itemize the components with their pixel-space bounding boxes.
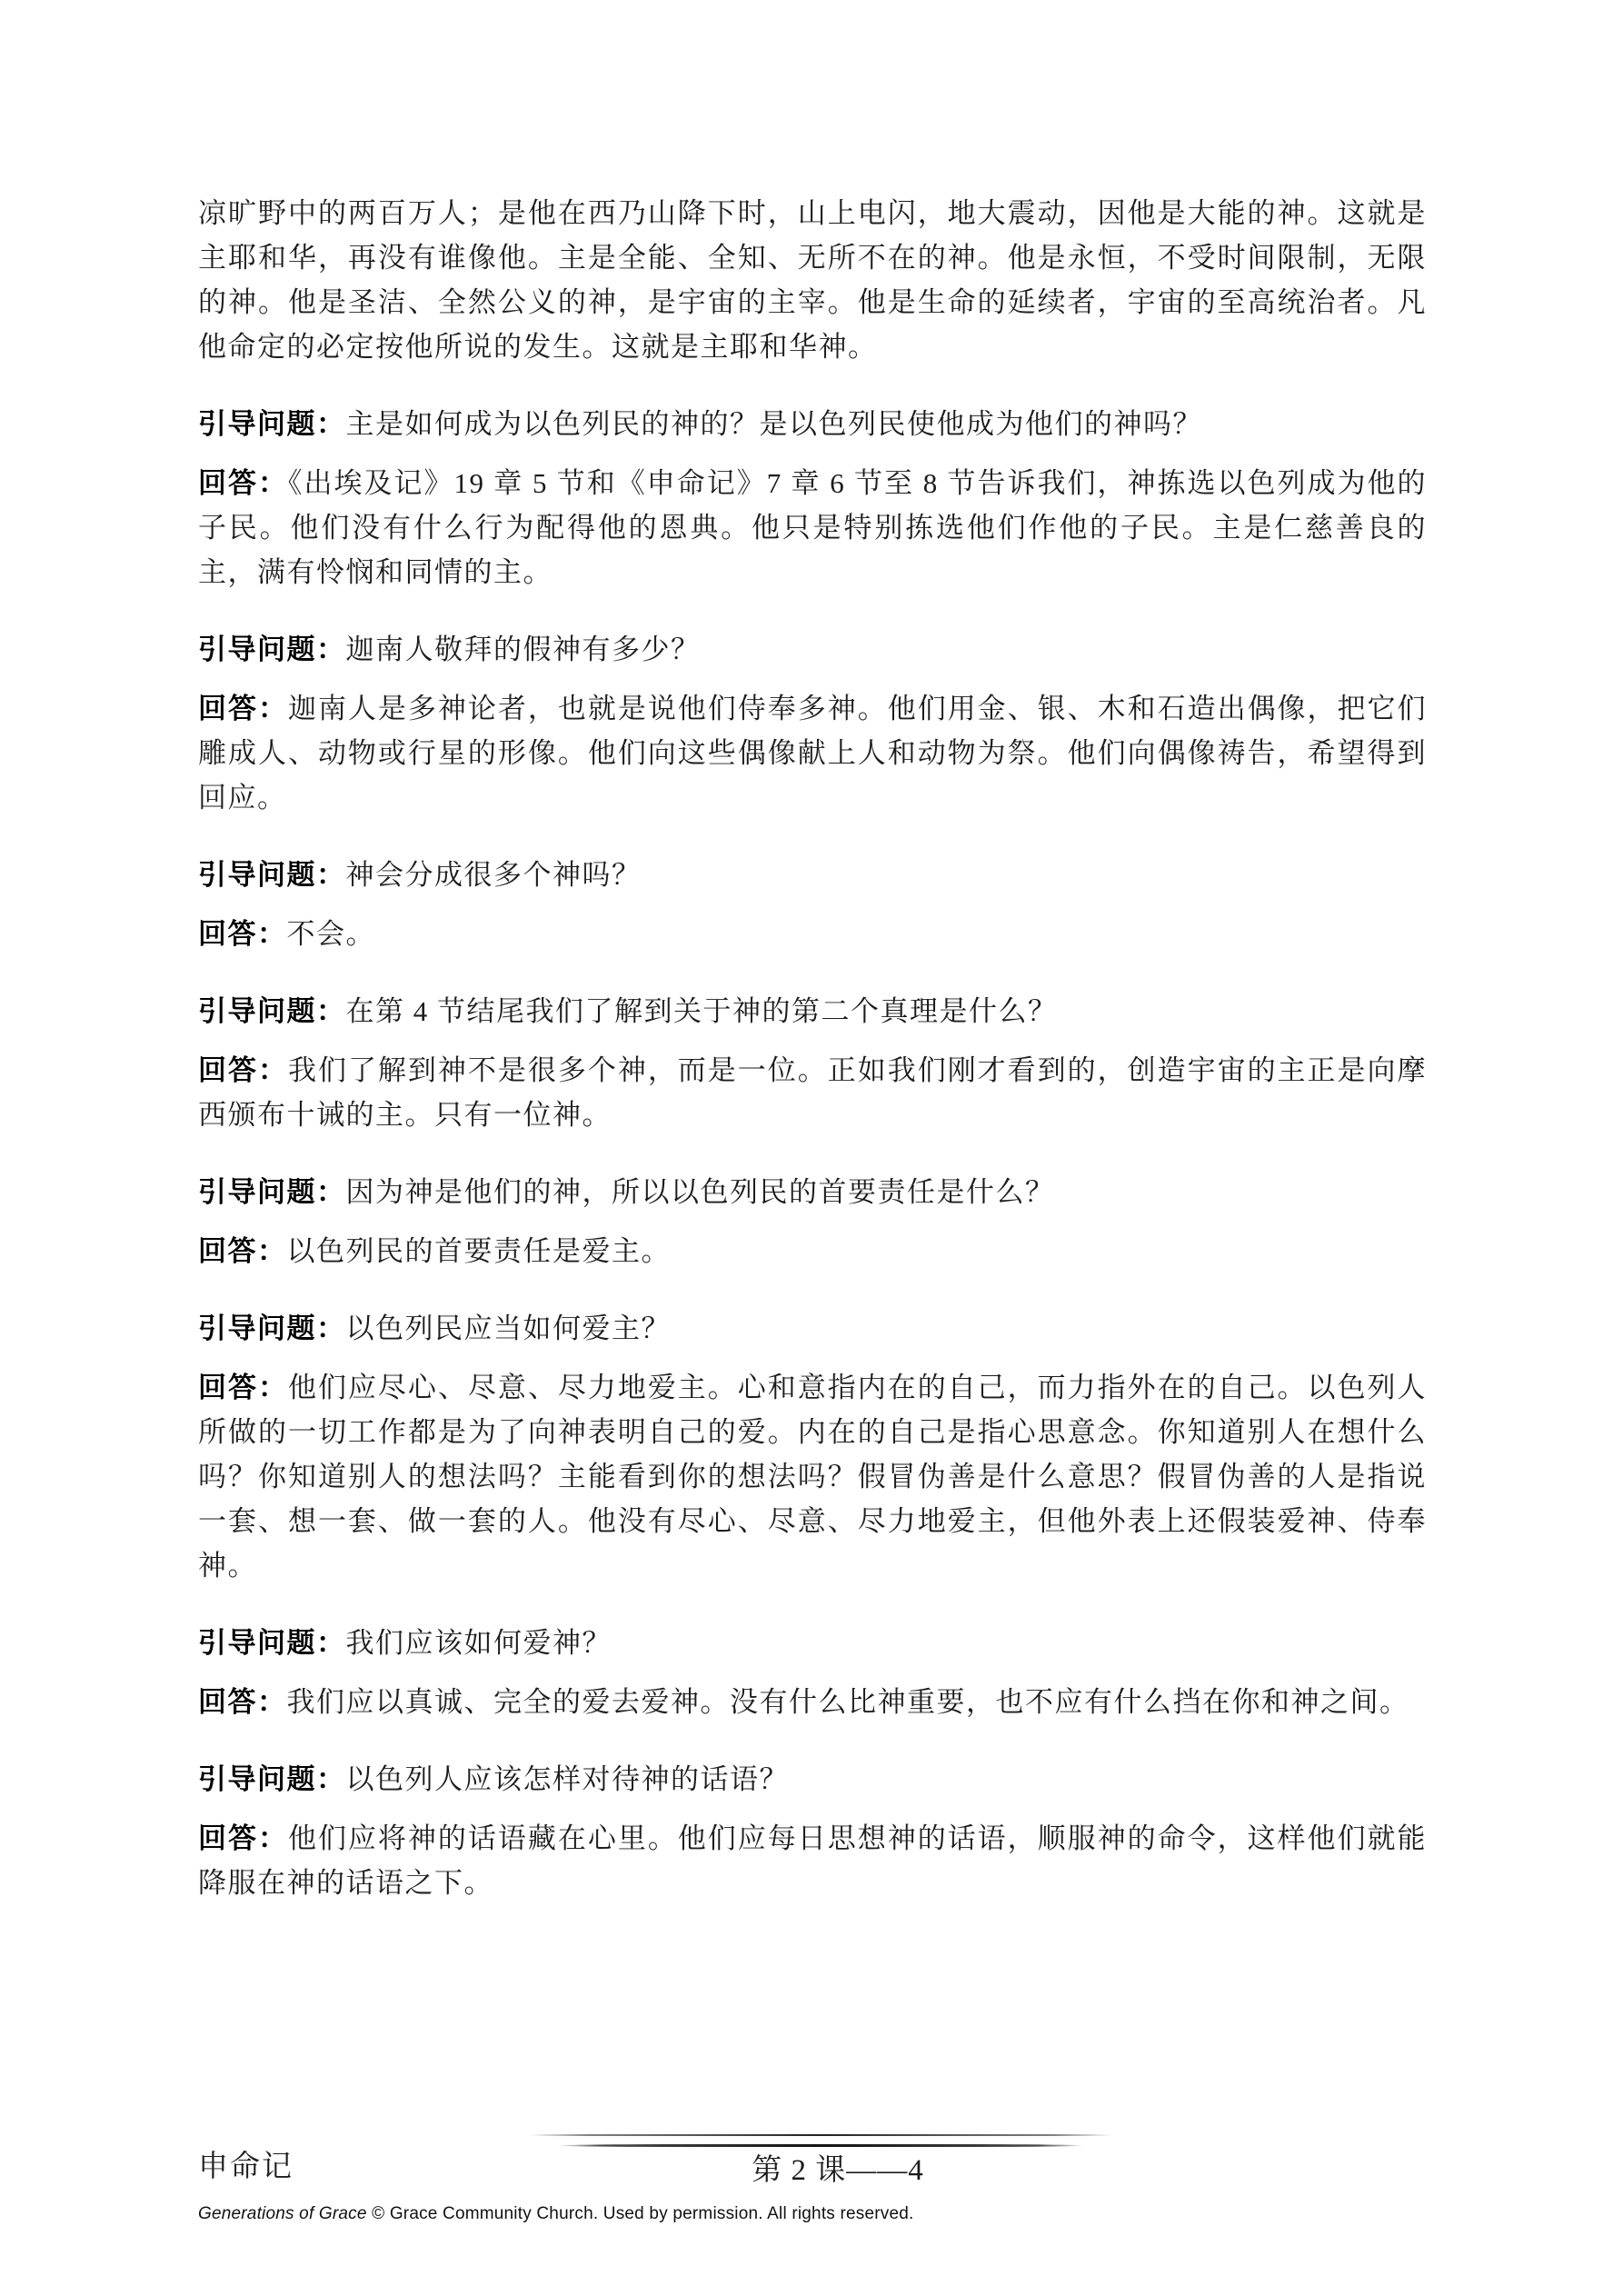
answer-label: 回答： xyxy=(198,1686,287,1718)
footer-divider-bottom-line xyxy=(557,2144,1084,2147)
answer-text: 以色列民的首要责任是爱主。 xyxy=(287,1235,672,1267)
question-label: 引导问题： xyxy=(198,1627,346,1659)
question-paragraph: 引导问题：以色列民应当如何爱主？ xyxy=(198,1306,1427,1351)
answer-text: 迦南人是多神论者，也就是说他们侍奉多神。他们用金、银、木和石造出偶像，把它们雕成… xyxy=(198,693,1427,814)
answer-text: 我们应以真诚、完全的爱去爱神。没有什么比神重要，也不应有什么挡在你和神之间。 xyxy=(287,1686,1409,1718)
question-paragraph: 引导问题：我们应该如何爱神？ xyxy=(198,1621,1427,1665)
answer-label: 回答： xyxy=(198,1372,288,1403)
answer-paragraph: 回答：他们应将神的话语藏在心里。他们应每日思想神的话语，顺服神的命令，这样他们就… xyxy=(198,1816,1427,1905)
qa-section: 引导问题：神会分成很多个神吗？ 回答：不会。 xyxy=(198,853,1427,956)
answer-label: 回答： xyxy=(198,918,287,950)
question-paragraph: 引导问题：神会分成很多个神吗？ xyxy=(198,853,1427,897)
question-paragraph: 引导问题：因为神是他们的神，所以以色列民的首要责任是什么？ xyxy=(198,1170,1427,1214)
answer-paragraph: 回答：我们应以真诚、完全的爱去爱神。没有什么比神重要，也不应有什么挡在你和神之间… xyxy=(198,1680,1427,1724)
question-text: 因为神是他们的神，所以以色列民的首要责任是什么？ xyxy=(346,1176,1055,1208)
question-label: 引导问题： xyxy=(198,408,346,440)
question-text: 以色列人应该怎样对待神的话语？ xyxy=(346,1763,790,1795)
question-label: 引导问题： xyxy=(198,859,346,891)
question-label: 引导问题： xyxy=(198,995,346,1027)
answer-text: 《出埃及记》19 章 5 节和《申命记》7 章 6 节至 8 节告诉我们，神拣选… xyxy=(198,467,1427,588)
answer-label: 回答： xyxy=(198,1054,288,1086)
question-label: 引导问题： xyxy=(198,1763,346,1795)
question-paragraph: 引导问题：主是如何成为以色列民的神的？是以色列民使他成为他们的神吗？ xyxy=(198,402,1427,446)
question-label: 引导问题： xyxy=(198,1313,346,1344)
question-paragraph: 引导问题：迦南人敬拜的假神有多少？ xyxy=(198,627,1427,672)
qa-section: 引导问题：在第 4 节结尾我们了解到关于神的第二个真理是什么？ 回答：我们了解到… xyxy=(198,989,1427,1137)
answer-text: 不会。 xyxy=(287,918,376,950)
answer-paragraph: 回答：不会。 xyxy=(198,912,1427,956)
answer-label: 回答： xyxy=(198,467,288,499)
answer-label: 回答： xyxy=(198,1822,288,1854)
answer-label: 回答： xyxy=(198,693,288,724)
question-paragraph: 引导问题：在第 4 节结尾我们了解到关于神的第二个真理是什么？ xyxy=(198,989,1427,1033)
answer-text: 他们应将神的话语藏在心里。他们应每日思想神的话语，顺服神的命令，这样他们就能降服… xyxy=(198,1822,1427,1899)
document-page: 凉旷野中的两百万人；是他在西乃山降下时，山上电闪，地大震动，因他是大能的神。这就… xyxy=(0,0,1623,2296)
qa-section: 引导问题：以色列民应当如何爱主？ 回答：他们应尽心、尽意、尽力地爱主。心和意指内… xyxy=(198,1306,1427,1588)
question-text: 主是如何成为以色列民的神的？是以色列民使他成为他们的神吗？ xyxy=(346,408,1203,440)
question-label: 引导问题： xyxy=(198,634,346,665)
qa-section: 引导问题：以色列人应该怎样对待神的话语？ 回答：他们应将神的话语藏在心里。他们应… xyxy=(198,1757,1427,1905)
copyright-series-title: Generations of Grace xyxy=(198,2204,367,2223)
answer-paragraph: 回答：他们应尽心、尽意、尽力地爱主。心和意指内在的自己，而力指外在的自己。以色列… xyxy=(198,1365,1427,1588)
copyright-text: © Grace Community Church. Used by permis… xyxy=(367,2204,914,2223)
question-text: 迦南人敬拜的假神有多少？ xyxy=(346,634,701,665)
answer-text: 他们应尽心、尽意、尽力地爱主。心和意指内在的自己，而力指外在的自己。以色列人所做… xyxy=(198,1372,1427,1582)
qa-section: 引导问题：我们应该如何爱神？ 回答：我们应以真诚、完全的爱去爱神。没有什么比神重… xyxy=(198,1621,1427,1724)
document-content: 凉旷野中的两百万人；是他在西乃山降下时，山上电闪，地大震动，因他是大能的神。这就… xyxy=(198,191,1427,1905)
answer-label: 回答： xyxy=(198,1235,287,1267)
question-text: 神会分成很多个神吗？ xyxy=(346,859,642,891)
question-label: 引导问题： xyxy=(198,1176,346,1208)
question-text: 在第 4 节结尾我们了解到关于神的第二个真理是什么？ xyxy=(346,995,1058,1027)
intro-paragraph: 凉旷野中的两百万人；是他在西乃山降下时，山上电闪，地大震动，因他是大能的神。这就… xyxy=(198,191,1427,369)
qa-section: 引导问题：因为神是他们的神，所以以色列民的首要责任是什么？ 回答：以色列民的首要… xyxy=(198,1170,1427,1273)
answer-paragraph: 回答：我们了解到神不是很多个神，而是一位。正如我们刚才看到的，创造宇宙的主正是向… xyxy=(198,1048,1427,1137)
footer-divider-top-line xyxy=(530,2134,1111,2136)
question-text: 我们应该如何爱神？ xyxy=(346,1627,612,1659)
footer-page-label: 第 2 课——4 xyxy=(0,2151,1623,2191)
qa-section: 引导问题：主是如何成为以色列民的神的？是以色列民使他成为他们的神吗？ 回答：《出… xyxy=(198,402,1427,594)
question-paragraph: 引导问题：以色列人应该怎样对待神的话语？ xyxy=(198,1757,1427,1802)
answer-paragraph: 回答：《出埃及记》19 章 5 节和《申命记》7 章 6 节至 8 节告诉我们，… xyxy=(198,461,1427,594)
question-text: 以色列民应当如何爱主？ xyxy=(346,1313,672,1344)
qa-section: 引导问题：迦南人敬拜的假神有多少？ 回答：迦南人是多神论者，也就是说他们侍奉多神… xyxy=(198,627,1427,820)
answer-paragraph: 回答：迦南人是多神论者，也就是说他们侍奉多神。他们用金、银、木和石造出偶像，把它… xyxy=(198,686,1427,820)
answer-paragraph: 回答：以色列民的首要责任是爱主。 xyxy=(198,1229,1427,1273)
answer-text: 我们了解到神不是很多个神，而是一位。正如我们刚才看到的，创造宇宙的主正是向摩西颁… xyxy=(198,1054,1427,1131)
footer-copyright: Generations of Grace © Grace Community C… xyxy=(198,2203,913,2225)
